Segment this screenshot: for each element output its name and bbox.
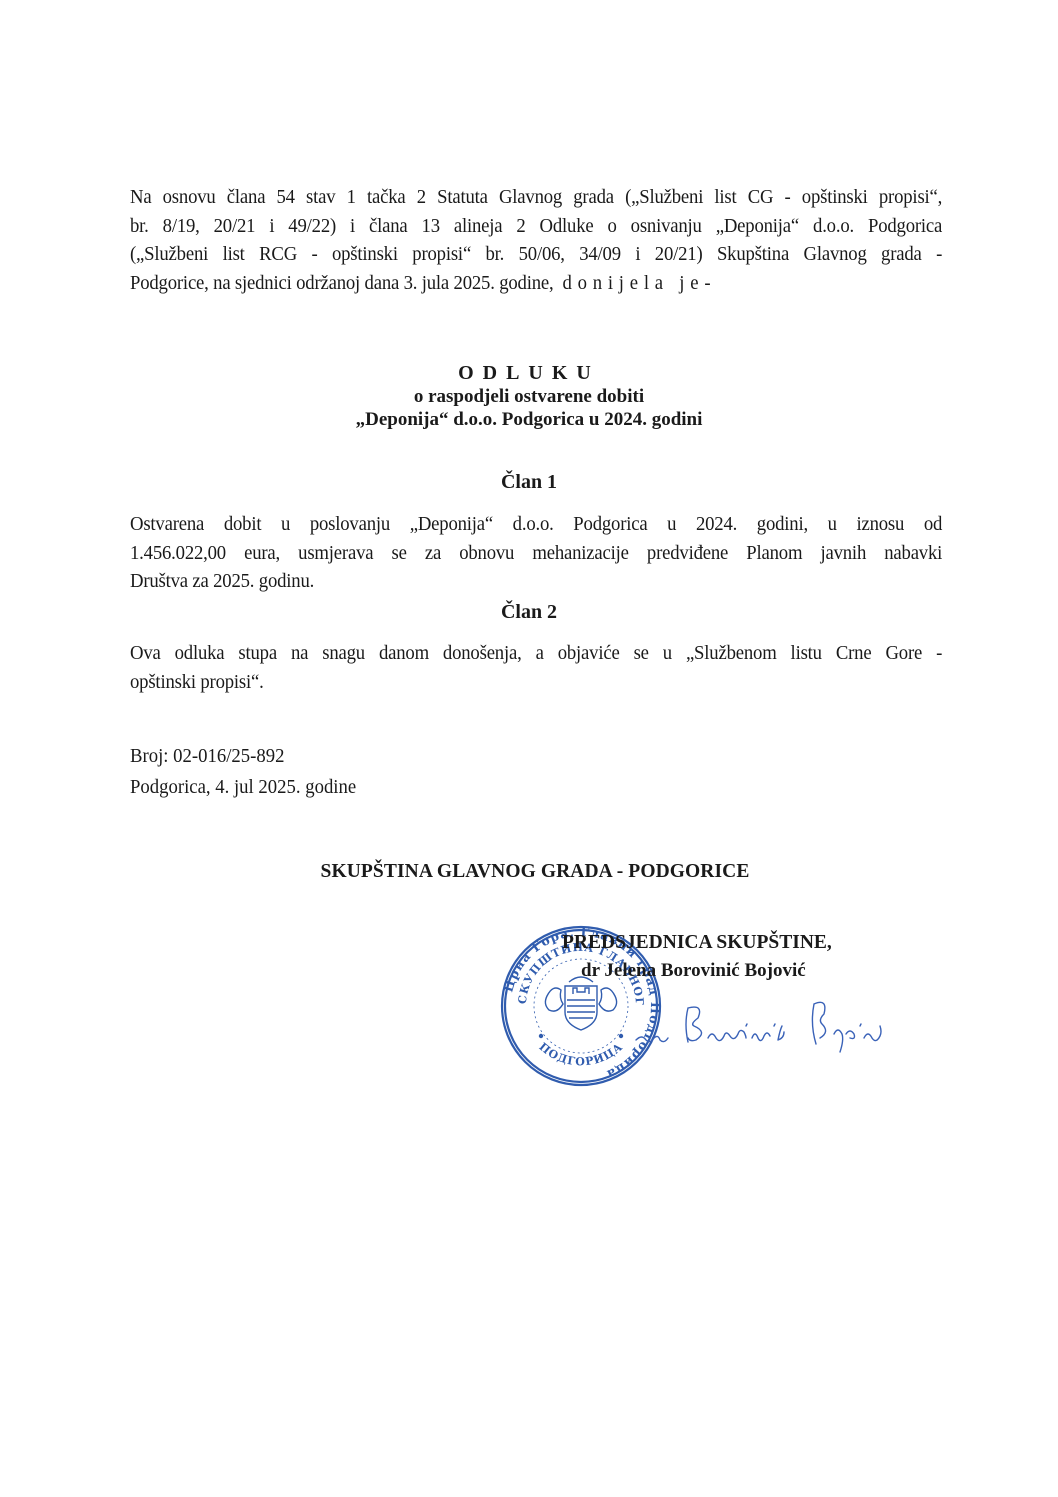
place-and-date: Podgorica, 4. jul 2025. godine <box>130 777 356 799</box>
stamp-bottom-text: ПОДГОРИЦА <box>536 1040 625 1068</box>
signatory-name: dr Jelena Borovinić Bojović <box>581 960 806 982</box>
preamble-paragraph: Na osnovu člana 54 stav 1 tačka 2 Statut… <box>130 184 942 298</box>
preamble-line-text: Podgorice, na sjednici održanoj dana 3. … <box>130 273 553 294</box>
article-1-line: Ostvarena dobit u poslovanju „Deponija“ … <box>130 511 942 540</box>
preamble-enacted: donijela je- <box>562 273 716 294</box>
coat-of-arms-icon <box>545 977 616 1030</box>
signatory-role: PREDSJEDNICA SKUPŠTINE, <box>562 932 832 954</box>
article-1-line: 1.456.022,00 eura, usmjerava se za obnov… <box>130 540 942 569</box>
preamble-line: („Službeni list RCG - opštinski propisi“… <box>130 241 942 270</box>
preamble-line: Na osnovu člana 54 stav 1 tačka 2 Statut… <box>130 184 942 213</box>
article-1-heading: Član 1 <box>0 471 1058 494</box>
article-2-body: Ova odluka stupa na snagu danom donošenj… <box>130 640 942 697</box>
svg-text:ПОДГОРИЦА: ПОДГОРИЦА <box>536 1040 625 1068</box>
article-2-line: Ova odluka stupa na snagu danom donošenj… <box>130 640 942 669</box>
document-title: ODLUKU <box>0 362 1058 385</box>
article-1-body: Ostvarena dobit u poslovanju „Deponija“ … <box>130 511 942 597</box>
document-subtitle-line-1: o raspodjeli ostvarene dobiti <box>0 386 1058 408</box>
document-page: Na osnovu člana 54 stav 1 tačka 2 Statut… <box>0 0 1058 1497</box>
reference-number: Broj: 02-016/25-892 <box>130 746 284 768</box>
article-2-line: opštinski propisi“. <box>130 669 942 698</box>
preamble-line: br. 8/19, 20/21 i 49/22) i člana 13 alin… <box>130 213 942 242</box>
article-1-line: Društva za 2025. godinu. <box>130 568 942 597</box>
preamble-line-last: Podgorice, na sjednici održanoj dana 3. … <box>130 270 942 299</box>
issuer-name: SKUPŠTINA GLAVNOG GRADA - PODGORICE <box>0 861 1058 883</box>
article-2-heading: Član 2 <box>0 601 1058 624</box>
handwritten-signature-icon <box>628 990 928 1062</box>
document-subtitle-line-2: „Deponija“ d.o.o. Podgorica u 2024. godi… <box>0 409 1058 431</box>
